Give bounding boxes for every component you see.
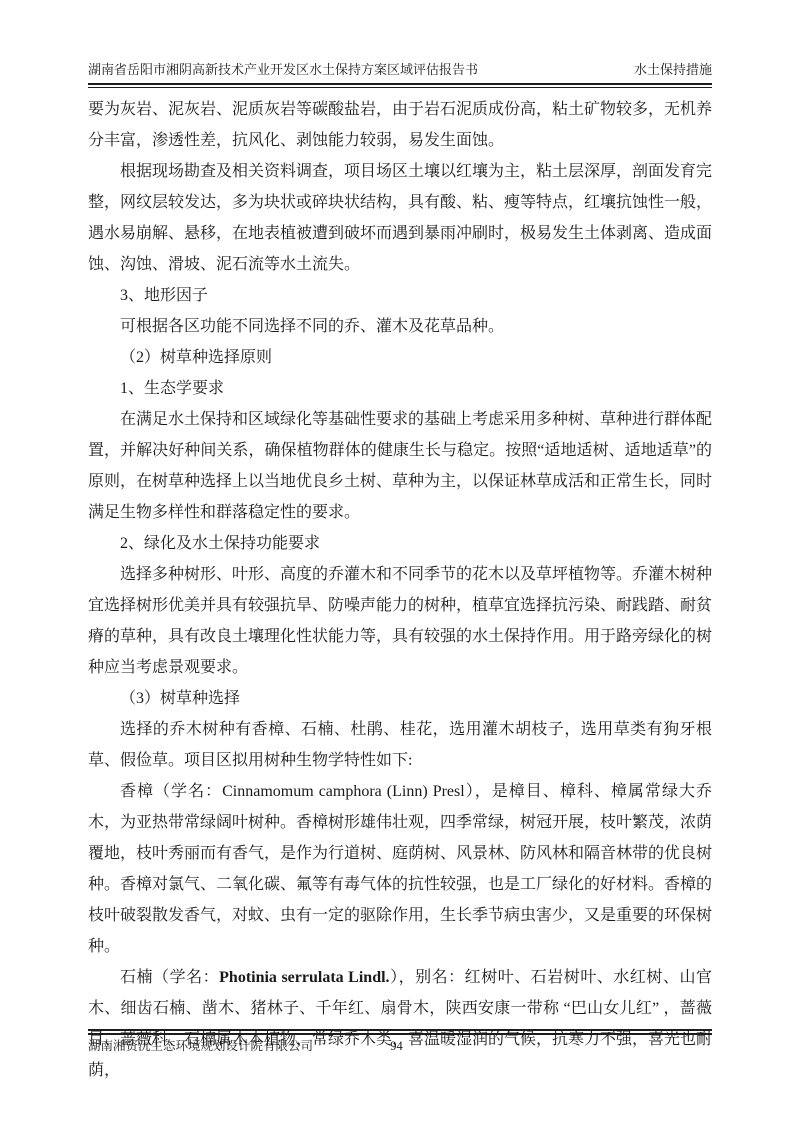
paragraph-camphor: 香樟（学名：Cinnamomum camphora (Linn) Presl），… (88, 776, 712, 962)
paragraph: 要为灰岩、泥灰岩、泥质灰岩等碳酸盐岩，由于岩石泥质成份高，粘土矿物较多，无机养分… (88, 94, 712, 156)
header-rule (88, 83, 712, 88)
paragraph: 选择多种树形、叶形、高度的乔灌木和不同季节的花木以及草坪植物等。乔灌木树种宜选择… (88, 559, 712, 683)
paragraph: 可根据各区功能不同选择不同的乔、灌木及花草品种。 (88, 311, 712, 342)
document-page: 湖南省岳阳市湘阴高新技术产业开发区水土保持方案区域评估报告书 水土保持措施 要为… (0, 0, 793, 1122)
heading-terrain-factor: 3、地形因子 (88, 280, 712, 311)
heading-selection-principles: （2）树草种选择原则 (88, 342, 712, 373)
latin-species-name: Photinia serrulata Lindl. (219, 969, 389, 986)
page-footer: 湖南湘资沅生态环境规划设计院有限公司 94 (0, 1038, 793, 1058)
header-section-title: 水土保持措施 (634, 61, 712, 79)
heading-species-selection: （3）树草种选择 (88, 683, 712, 714)
heading-greening-requirement: 2、绿化及水土保持功能要求 (88, 528, 712, 559)
page-number: 94 (0, 1038, 793, 1054)
paragraph: 根据现场勘查及相关资料调查，项目场区土壤以红壤为主，粘土层深厚，剖面发育完整，网… (88, 156, 712, 280)
paragraph-photinia-prefix: 石楠（学名： (120, 969, 219, 986)
paragraph-photinia: 石楠（学名：Photinia serrulata Lindl.），别名：红树叶、… (88, 962, 712, 1086)
footer-rule (88, 1029, 712, 1035)
header-report-title: 湖南省岳阳市湘阴高新技术产业开发区水土保持方案区域评估报告书 (88, 61, 478, 79)
page-header: 湖南省岳阳市湘阴高新技术产业开发区水土保持方案区域评估报告书 水土保持措施 (88, 61, 712, 79)
document-body: 要为灰岩、泥灰岩、泥质灰岩等碳酸盐岩，由于岩石泥质成份高，粘土矿物较多，无机养分… (88, 94, 712, 1086)
heading-ecology-requirement: 1、生态学要求 (88, 373, 712, 404)
paragraph: 在满足水土保持和区域绿化等基础性要求的基础上考虑采用多种树、草种进行群体配置，并… (88, 404, 712, 528)
paragraph: 选择的乔木树种有香樟、石楠、杜鹃、桂花，选用灌木胡枝子，选用草类有狗牙根草、假俭… (88, 714, 712, 776)
